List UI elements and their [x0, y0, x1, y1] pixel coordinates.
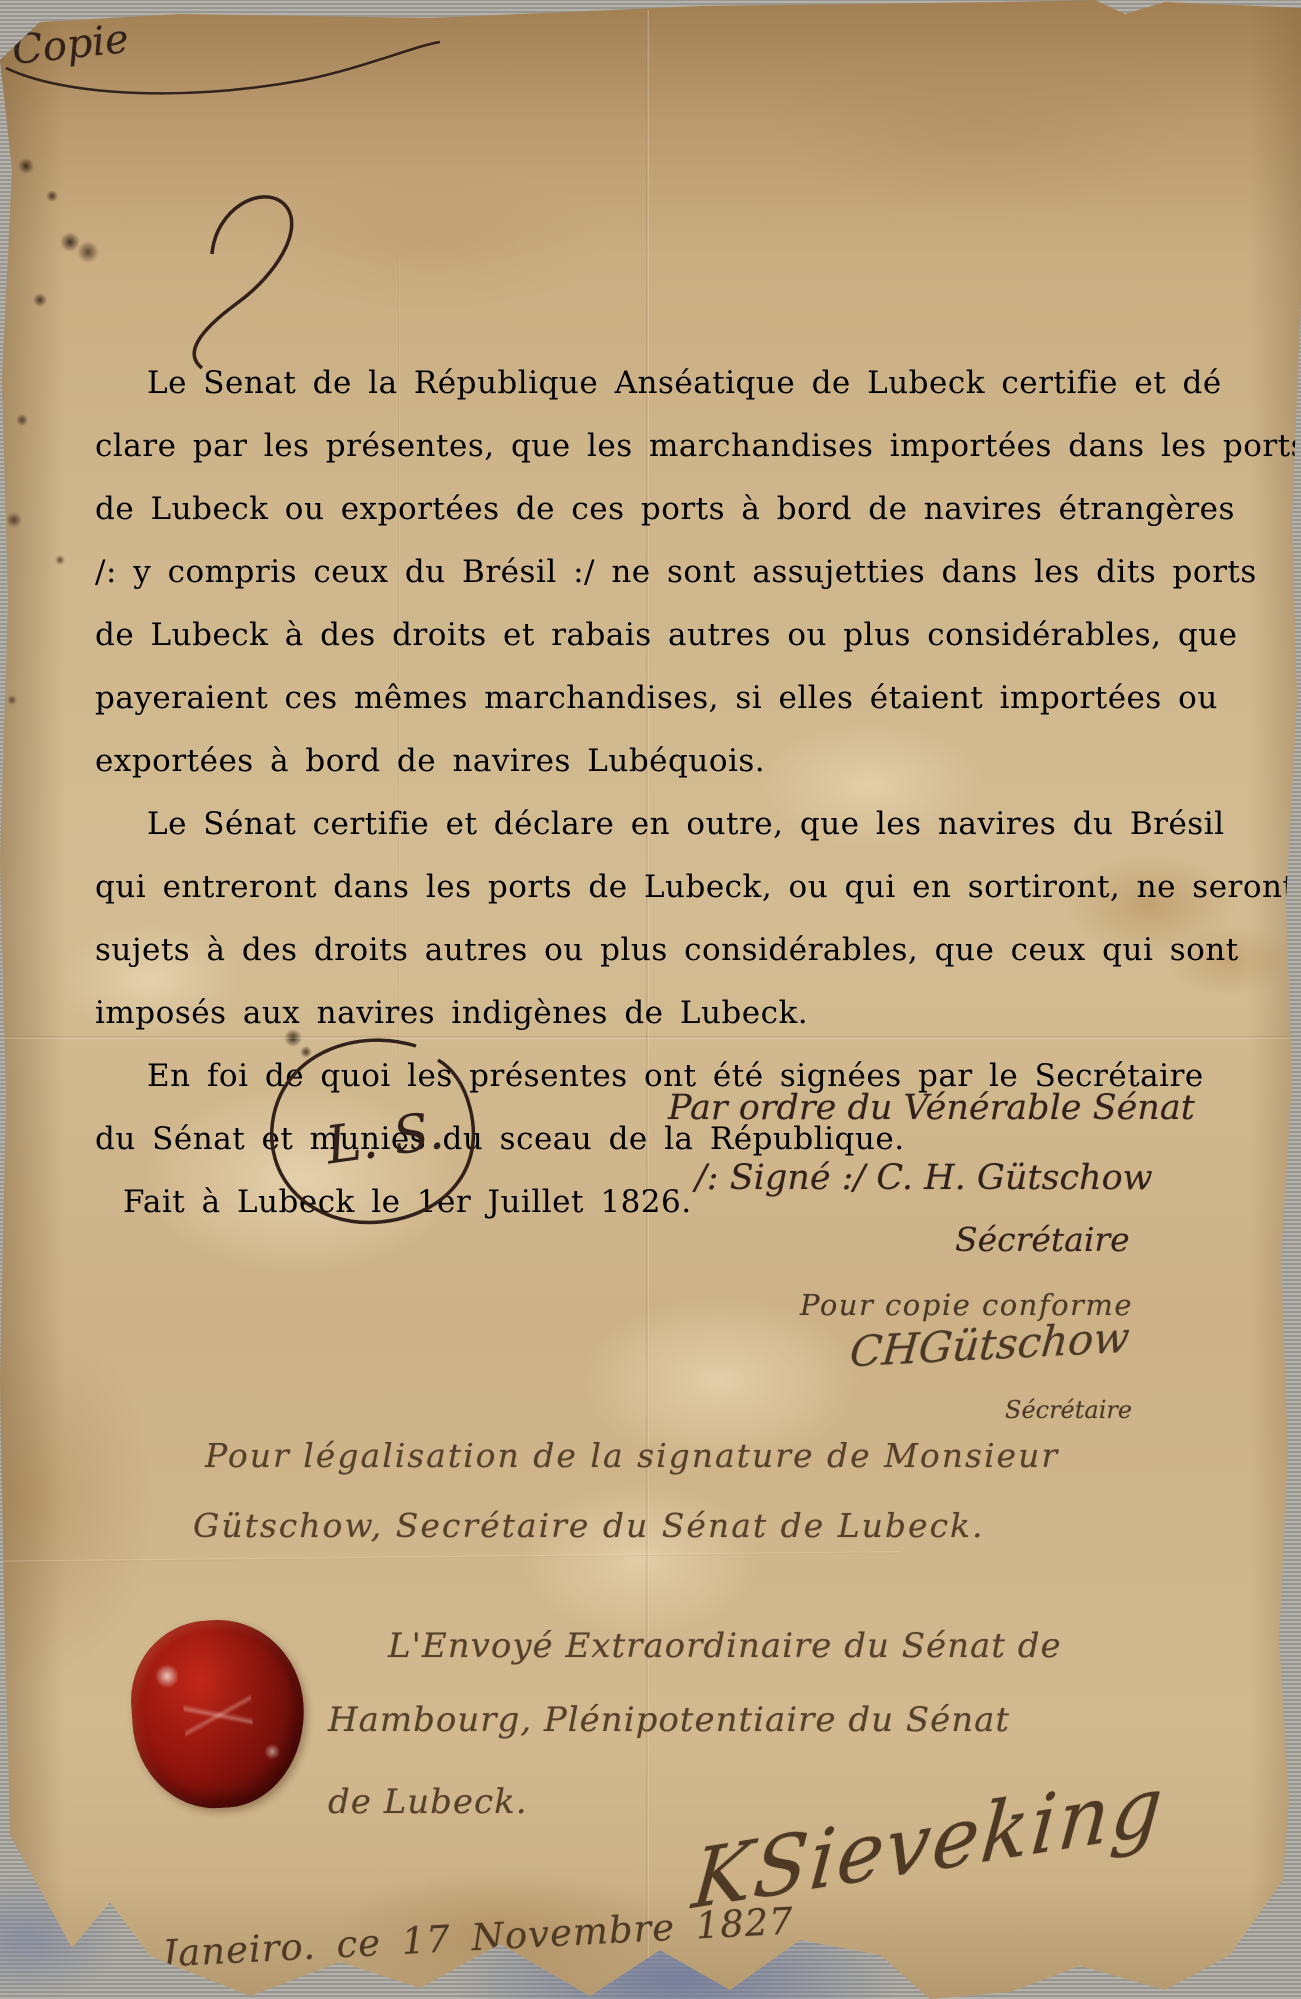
body-line: /: y compris ceux du Brésil :/ ne sont a… [95, 541, 1301, 604]
svg-text:L. S.: L. S. [321, 1101, 447, 1177]
gutschow-signature: CHGütschow [848, 1313, 1132, 1377]
legalisation-line: Gütschow, Secrétaire du Sénat de Lubeck. [193, 1506, 985, 1545]
body-line: de Lubeck à des droits et rabais autres … [95, 604, 1301, 667]
scanned-manuscript: Copie Le Senat de la République Anséatiq… [0, 0, 1301, 1999]
body-line: qui entreront dans les ports de Lubeck, … [95, 856, 1301, 919]
secretary-title: Sécrétaire [955, 1220, 1130, 1259]
body-line: Le Senat de la République Anséatique de … [95, 352, 1301, 415]
paper-sheet: Copie Le Senat de la République Anséatiq… [0, 0, 1301, 1999]
copy-annotation-swash [4, 40, 444, 100]
wax-seal [126, 1614, 311, 1814]
body-line: payeraient ces mêmes marchandises, si el… [95, 667, 1301, 730]
body-line: de Lubeck ou exportées de ces ports à bo… [95, 478, 1301, 541]
envoy-line: de Lubeck. [328, 1782, 528, 1822]
order-line: Par ordre du Vénérable Sénat [668, 1088, 1195, 1128]
horizontal-fold-crease [0, 1551, 900, 1562]
envoy-line: L'Envoyé Extraordinaire du Sénat de [388, 1626, 1062, 1666]
secretary-title-small: Sécrétaire [1005, 1396, 1132, 1424]
body-line: clare par les présentes, que les marchan… [95, 415, 1301, 478]
body-line: exportées à bord de navires Lubéquois. [95, 730, 1301, 793]
opening-flourish [150, 182, 330, 372]
envoy-line: Hambourg, Plénipotentiaire du Sénat [328, 1700, 1010, 1740]
legalisation-line: Pour légalisation de la signature de Mon… [205, 1436, 1059, 1475]
body-line: sujets à des droits autres ou plus consi… [95, 919, 1301, 982]
locus-sigilli-mark: L. S. [248, 1030, 498, 1240]
signed-line: /: Signé :/ C. H. Gütschow [695, 1158, 1153, 1198]
body-line: Le Sénat certifie et déclare en outre, q… [95, 793, 1301, 856]
